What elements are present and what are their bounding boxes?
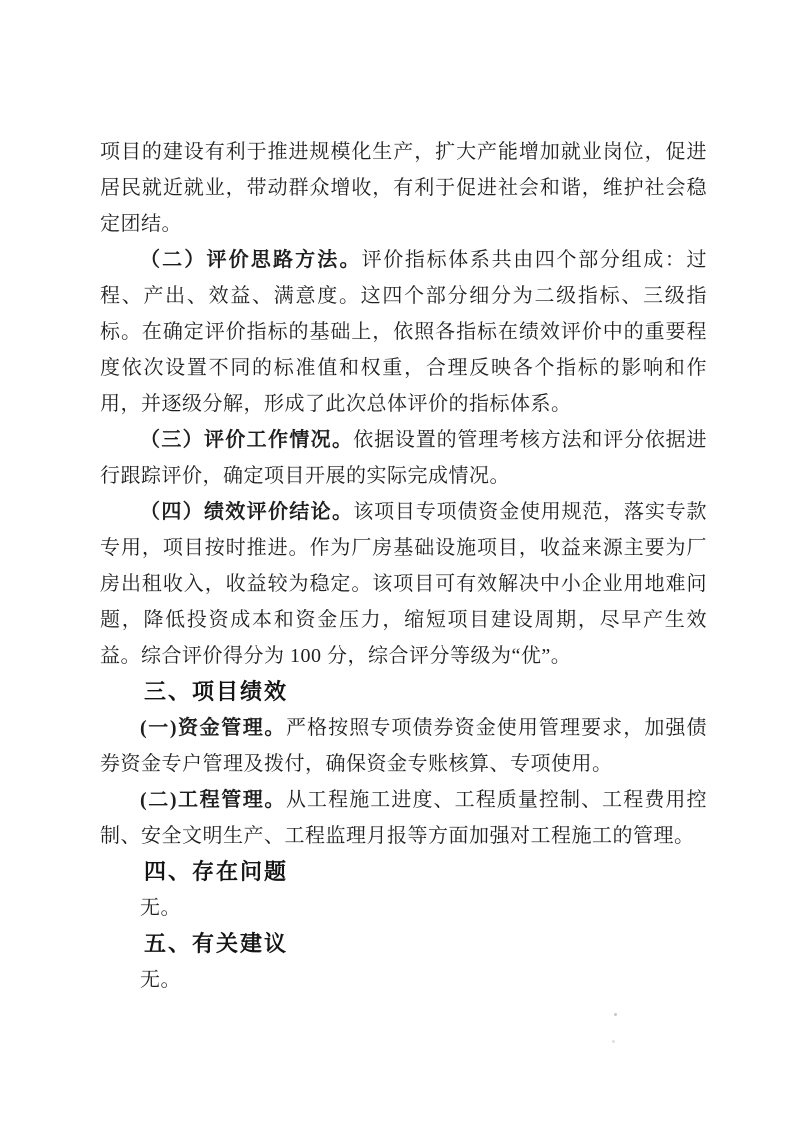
scan-artifact-speck xyxy=(614,1013,617,1016)
paragraph-evaluation-approach: （二）评价思路方法。评价指标体系共由四个部分组成：过程、产出、效益、满意度。这四… xyxy=(100,242,707,422)
paragraph-lead-project-management: (二)工程管理。 xyxy=(140,789,286,811)
paragraph-lead-evaluation-work: （三）评价工作情况。 xyxy=(140,429,353,451)
paragraph-continuation-social-stability: 项目的建设有利于推进规模化生产，扩大产能增加就业岗位，促进居民就近就业，带动群众… xyxy=(100,134,707,242)
document-page: 项目的建设有利于推进规模化生产，扩大产能增加就业岗位，促进居民就近就业，带动群众… xyxy=(0,0,793,1122)
heading-section-4-existing-problems: 四、存在问题 xyxy=(100,854,707,890)
paragraph-lead-evaluation-approach: （二）评价思路方法。 xyxy=(140,249,362,271)
document-content: 项目的建设有利于推进规模化生产，扩大产能增加就业岗位，促进居民就近就业，带动群众… xyxy=(100,134,707,998)
paragraph-project-management: (二)工程管理。从工程施工进度、工程质量控制、工程费用控制、安全文明生产、工程监… xyxy=(100,782,707,854)
paragraph-text-evaluation-conclusion: 该项目专项债资金使用规范，落实专款专用，项目按时推进。作为厂房基础设施项目，收益… xyxy=(100,501,707,667)
scan-artifact-speck xyxy=(612,1040,615,1043)
paragraph-suggestions-none: 无。 xyxy=(100,962,707,998)
heading-section-3-project-performance: 三、项目绩效 xyxy=(100,674,707,710)
paragraph-text-evaluation-approach: 评价指标体系共由四个部分组成：过程、产出、效益、满意度。这四个部分细分为二级指标… xyxy=(100,249,707,415)
paragraph-lead-fund-management: (一)资金管理。 xyxy=(140,717,286,739)
paragraph-fund-management: (一)资金管理。严格按照专项债券资金使用管理要求，加强债券资金专户管理及拨付，确… xyxy=(100,710,707,782)
paragraph-evaluation-conclusion: （四）绩效评价结论。该项目专项债资金使用规范，落实专款专用，项目按时推进。作为厂… xyxy=(100,494,707,674)
heading-section-5-suggestions: 五、有关建议 xyxy=(100,926,707,962)
paragraph-lead-evaluation-conclusion: （四）绩效评价结论。 xyxy=(140,501,353,523)
paragraph-evaluation-work: （三）评价工作情况。依据设置的管理考核方法和评分依据进行跟踪评价，确定项目开展的… xyxy=(100,422,707,494)
paragraph-problems-none: 无。 xyxy=(100,890,707,926)
